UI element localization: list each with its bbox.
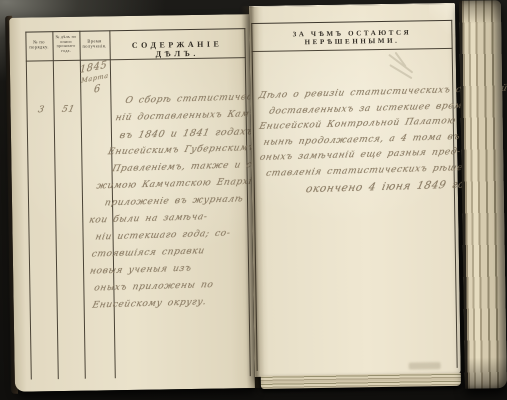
table-rule [52, 31, 58, 379]
bottom-page-edges [261, 373, 461, 389]
table-rule [252, 48, 453, 52]
column-header-order-no: № по порядку. [25, 39, 52, 50]
entry-order-number: 3 [27, 105, 56, 116]
entry-date: 1845 Марта 6 [74, 60, 115, 99]
stamp-smudge [409, 362, 441, 370]
pencil-scribble [384, 54, 420, 87]
handwriting-line: Енисейскому округу. [90, 296, 260, 318]
column-header-opis-no: № дѣлъ по описи прошлаго года. [52, 35, 79, 54]
table-rule [25, 28, 245, 32]
column-header-date-received: Время полученія. [79, 38, 109, 49]
handwriting-line: окончено 4 іюня 1849 года. [304, 179, 458, 199]
right-handwriting: Дѣло о ревизіи статистическихъ свѣдѣній … [256, 88, 454, 200]
left-handwriting: О сборѣ статистическихъ свѣдѣ- ній доста… [82, 94, 255, 318]
left-page: № по порядку. № дѣлъ по описи прошлаго г… [9, 14, 255, 392]
ledger-scan-photo: № по порядку. № дѣлъ по описи прошлаго г… [0, 0, 507, 400]
column-header-case-contents: СОДЕРЖАНІЕ ДѢЛЪ. [110, 39, 245, 59]
table-rule [25, 32, 31, 380]
entry-opis-number: 51 [54, 104, 83, 115]
column-header-why-unresolved: ЗА ЧѢМЪ ОСТАЮТСЯ НЕРѢШЕННЫМИ. [251, 28, 452, 47]
open-ledger-book: № по порядку. № дѣлъ по описи прошлаго г… [5, 0, 505, 398]
table-rule [251, 20, 452, 24]
fore-edge-page-stack [459, 0, 507, 389]
right-page: ЗА ЧѢМЪ ОСТАЮТСЯ НЕРѢШЕННЫМИ. Дѣло о рев… [249, 3, 461, 377]
